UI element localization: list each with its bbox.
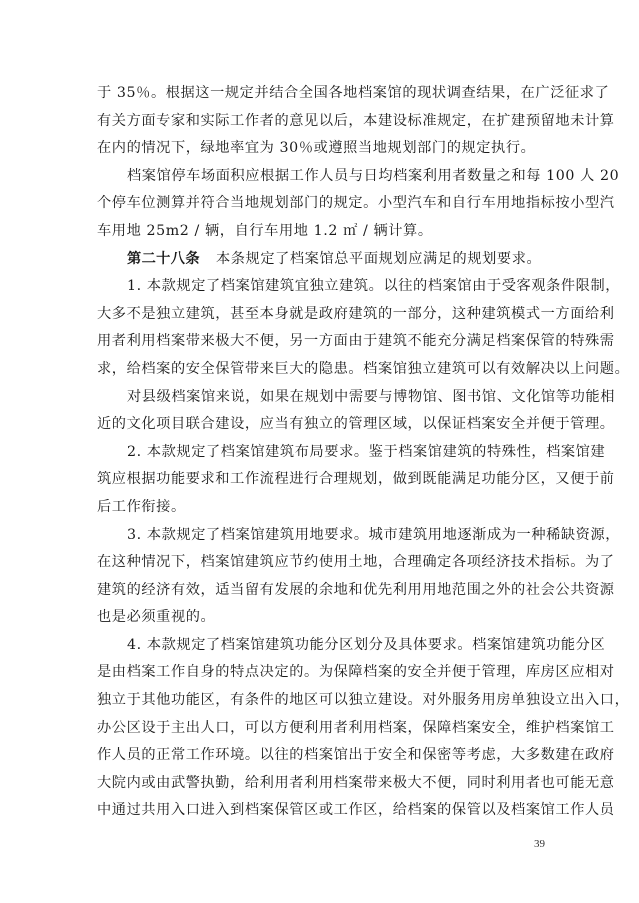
text-line: 求，给档案的安全保管带来巨大的隐患。档案馆独立建筑可以有效解决以上问题。 (97, 356, 545, 384)
text-line: 在这种情况下，档案馆建筑应节约使用土地，合理确定各项经济技术指标。为了 (97, 549, 545, 577)
text-line: 办公区设于主出人口，可以方便利用者利用档案，保障档案安全，维护档案馆工 (97, 715, 545, 743)
text-line: 有关方面专家和实际工作者的意见以后，本建设标准规定，在扩建预留地未计算 (97, 108, 545, 136)
text-line: 后工作衔接。 (97, 494, 545, 522)
text-line: 是由档案工作自身的特点决定的。为保障档案的安全并便于管理，库房区应相对 (97, 659, 545, 687)
text-line: 4. 本款规定了档案馆建筑功能分区划分及具体要求。档案馆建筑功能分区 (97, 632, 545, 660)
page-number: 39 (534, 838, 545, 850)
text-line: 对县级档案馆来说，如果在规划中需要与博物馆、图书馆、文化馆等功能相 (97, 384, 545, 412)
article-text: 本条规定了档案馆总平面规划应满足的规划要求。 (216, 251, 541, 267)
text-line: 用者利用档案带来极大不便，另一方面由于建筑不能充分满足档案保管的特殊需 (97, 328, 545, 356)
article-label: 第二十八条 (127, 251, 200, 267)
text-line: 建筑的经济有效，适当留有发展的余地和优先利用用地范围之外的社会公共资源 (97, 577, 545, 605)
text-line: 车用地 25m2 / 辆，自行车用地 1.2 ㎡ / 辆计算。 (97, 218, 545, 246)
text-line: 作人员的正常工作环境。以往的档案馆出于安全和保密等考虑，大多数建在政府 (97, 742, 545, 770)
text-line: 也是必须重视的。 (97, 604, 545, 632)
text-line: 大院内或由武警执勤，给利用者利用档案带来极大不便，同时利用者也可能无意 (97, 770, 545, 798)
text-line: 筑应根据功能要求和工作流程进行合理规划，做到既能满足功能分区，又便于前 (97, 466, 545, 494)
text-line: 近的文化项目联合建设，应当有独立的管理区域，以保证档案安全并便于管理。 (97, 411, 545, 439)
text-line: 中通过共用入口进入到档案保管区或工作区，给档案的保管以及档案馆工作人员 (97, 797, 545, 825)
text-line: 3. 本款规定了档案馆建筑用地要求。城市建筑用地逐渐成为一种稀缺资源， (97, 522, 545, 550)
text-line: 2. 本款规定了档案馆建筑布局要求。鉴于档案馆建筑的特殊性，档案馆建 (97, 439, 545, 467)
text-line: 大多不是独立建筑，甚至本身就是政府建筑的一部分，这种建筑模式一方面给利 (97, 301, 545, 329)
body-text: 于 35％。根据这一规定并结合全国各地档案馆的现状调查结果，在广泛征求了 有关方… (97, 80, 545, 825)
text-line: 于 35％。根据这一规定并结合全国各地档案馆的现状调查结果，在广泛征求了 (97, 80, 545, 108)
article-heading-line: 第二十八条本条规定了档案馆总平面规划应满足的规划要求。 (97, 246, 545, 274)
text-line: 在内的情况下，绿地率宜为 30％或遵照当地规划部门的规定执行。 (97, 135, 545, 163)
text-line: 1. 本款规定了档案馆建筑宜独立建筑。以往的档案馆由于受客观条件限制， (97, 273, 545, 301)
text-line: 独立于其他功能区，有条件的地区可以独立建设。对外服务用房单独设立出入口， (97, 687, 545, 715)
text-line: 档案馆停车场面积应根据工作人员与日均档案利用者数量之和每 100 人 20 (97, 163, 545, 191)
text-line: 个停车位测算并符合当地规划部门的规定。小型汽车和自行车用地指标按小型汽 (97, 190, 545, 218)
document-page: 于 35％。根据这一规定并结合全国各地档案馆的现状调查结果，在广泛征求了 有关方… (0, 0, 639, 903)
